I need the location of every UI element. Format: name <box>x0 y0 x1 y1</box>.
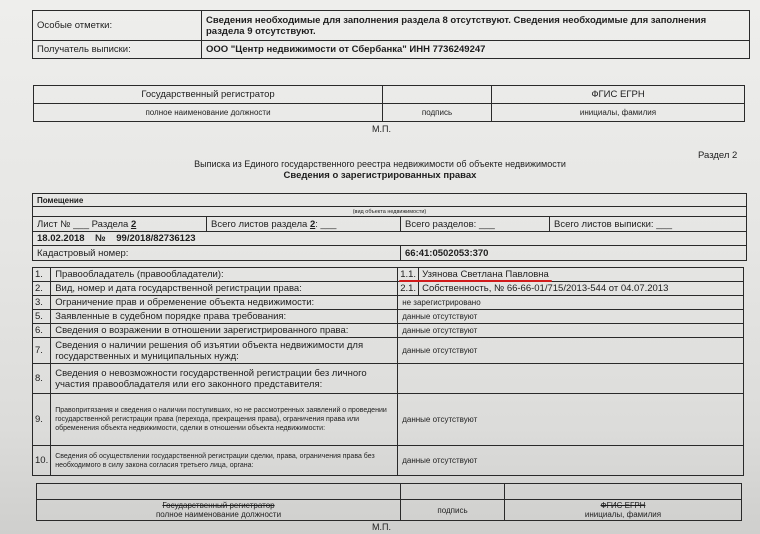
row-label: Сведения о невозможности государственной… <box>51 364 398 394</box>
total-sheets-cell: Всего листов выписки: ___ <box>550 217 747 232</box>
rights-row: 2.Вид, номер и дата государственной реги… <box>33 282 744 296</box>
total-sections-value: ___ <box>479 219 495 230</box>
total-sheets-section-suffix: : ___ <box>315 219 336 230</box>
bottom-name-cell: ФГИС ЕГРН инициалы, фамилия <box>505 500 742 521</box>
row-number: 6. <box>33 324 51 338</box>
row-value: не зарегистрировано <box>398 296 744 310</box>
date-number-row: 18.02.2018 № 99/2018/82736123 <box>33 232 747 246</box>
extract-number: 99/2018/82736123 <box>116 233 195 244</box>
row-number: 5. <box>33 310 51 324</box>
total-sections-cell: Всего разделов: ___ <box>401 217 550 232</box>
sheet-value: ___ <box>73 219 89 230</box>
row-value: данные отсутствуют <box>398 338 744 364</box>
row-label: Сведения об осуществлении государственно… <box>51 446 398 476</box>
header-table: Помещение (вид объекта недвижимости) Лис… <box>32 193 747 261</box>
total-sheets-label: Всего листов выписки: <box>554 219 654 230</box>
row-value: данные отсутствуют <box>398 310 744 324</box>
signature-block-bottom: Государственный регистратор полное наиме… <box>36 483 742 521</box>
row-label: Сведения о наличии решения об изъятии об… <box>51 338 398 364</box>
row-label: Ограничение прав и обременение объекта н… <box>51 296 398 310</box>
object-type-caption: (вид объекта недвижимости) <box>33 207 747 217</box>
bottom-registrar-position: Государственный регистратор <box>41 501 396 510</box>
rights-row: 5.Заявленные в судебном порядке права тр… <box>33 310 744 324</box>
rights-table: 1.Правообладатель (правообладатели):1.1.… <box>32 267 744 476</box>
bottom-caption-signature: подпись <box>401 500 505 521</box>
row-number: 1. <box>33 268 51 282</box>
stamp-place-bottom: М.П. <box>372 522 391 532</box>
document-page: Особые отметки: Сведения необходимые для… <box>0 0 760 534</box>
row-number: 9. <box>33 394 51 446</box>
caption-name: инициалы, фамилия <box>492 104 745 122</box>
row-number: 8. <box>33 364 51 394</box>
row-number: 3. <box>33 296 51 310</box>
rights-row: 7.Сведения о наличии решения об изъятии … <box>33 338 744 364</box>
rights-row: 1.Правообладатель (правообладатели):1.1.… <box>33 268 744 282</box>
caption-position: полное наименование должности <box>34 104 383 122</box>
total-sheets-section-cell: Всего листов раздела 2: ___ <box>207 217 401 232</box>
signature-top-cell-1 <box>37 484 401 500</box>
signature-cell <box>383 86 492 104</box>
row-label: Сведения о возражении в отношении зареги… <box>51 324 398 338</box>
special-notes-label: Особые отметки: <box>33 11 202 41</box>
rights-row: 10.Сведения об осуществлении государстве… <box>33 446 744 476</box>
row-sub-number: 2.1. <box>398 282 419 295</box>
row-label: Заявленные в судебном порядке права треб… <box>51 310 398 324</box>
row-number: 10. <box>33 446 51 476</box>
caption-signature: подпись <box>383 104 492 122</box>
row-label: Вид, номер и дата государственной регист… <box>51 282 398 296</box>
row-label: Правопритязания и сведения о наличии пос… <box>51 394 398 446</box>
rights-row: 9.Правопритязания и сведения о наличии п… <box>33 394 744 446</box>
signature-top-cell-3 <box>505 484 742 500</box>
signature-top-cell-2 <box>401 484 505 500</box>
stamp-place-top: М.П. <box>372 124 391 134</box>
row-value: данные отсутствуют <box>398 324 744 338</box>
section-number-value: 2 <box>131 219 136 230</box>
cadastral-label: Кадастровый номер: <box>33 246 401 261</box>
cadastral-value: 66:41:0502053:370 <box>401 246 747 261</box>
sheet-label: Лист № <box>37 219 70 230</box>
recipient-value: ООО "Центр недвижимости от Сбербанка" ИН… <box>202 41 750 59</box>
total-sheets-value: ___ <box>656 219 672 230</box>
recipient-label: Получатель выписки: <box>33 41 202 59</box>
special-notes-table: Особые отметки: Сведения необходимые для… <box>32 10 750 59</box>
row-value: данные отсутствуют <box>398 394 744 446</box>
sheet-number-cell: Лист № ___ Раздела 2 <box>33 217 207 232</box>
special-notes-value: Сведения необходимые для заполнения разд… <box>202 11 750 41</box>
bottom-caption-name: инициалы, фамилия <box>509 510 737 519</box>
row-label: Правообладатель (правообладатели): <box>51 268 398 282</box>
rights-row: 6.Сведения о возражении в отношении заре… <box>33 324 744 338</box>
extract-number-label: № <box>95 233 106 244</box>
registrar-org: ФГИС ЕГРН <box>492 86 745 104</box>
bottom-position-cell: Государственный регистратор полное наиме… <box>37 500 401 521</box>
registrar-position: Государственный регистратор <box>34 86 383 104</box>
rights-row: 3.Ограничение прав и обременение объекта… <box>33 296 744 310</box>
extract-date: 18.02.2018 <box>37 233 85 244</box>
highlight-underline <box>399 280 552 282</box>
rights-row: 8.Сведения о невозможности государственн… <box>33 364 744 394</box>
row-number: 7. <box>33 338 51 364</box>
document-title: Выписка из Единого государственного реес… <box>0 159 760 169</box>
row-value-cell: 2.1.Собственность, № 66-66-01/715/2013-5… <box>398 282 744 296</box>
row-number: 2. <box>33 282 51 296</box>
signature-block-top: Государственный регистратор ФГИС ЕГРН по… <box>33 85 745 122</box>
object-type: Помещение <box>33 194 747 207</box>
row-value: Собственность, № 66-66-01/715/2013-544 о… <box>419 282 671 295</box>
section-number-label: Раздела <box>92 219 129 230</box>
bottom-caption-position: полное наименование должности <box>41 510 396 519</box>
row-value <box>398 364 744 394</box>
total-sheets-section-label: Всего листов раздела <box>211 219 307 230</box>
total-sections-label: Всего разделов: <box>405 219 476 230</box>
bottom-registrar-org: ФГИС ЕГРН <box>509 501 737 510</box>
document-subtitle: Сведения о зарегистрированных правах <box>0 170 760 181</box>
row-value: данные отсутствуют <box>398 446 744 476</box>
